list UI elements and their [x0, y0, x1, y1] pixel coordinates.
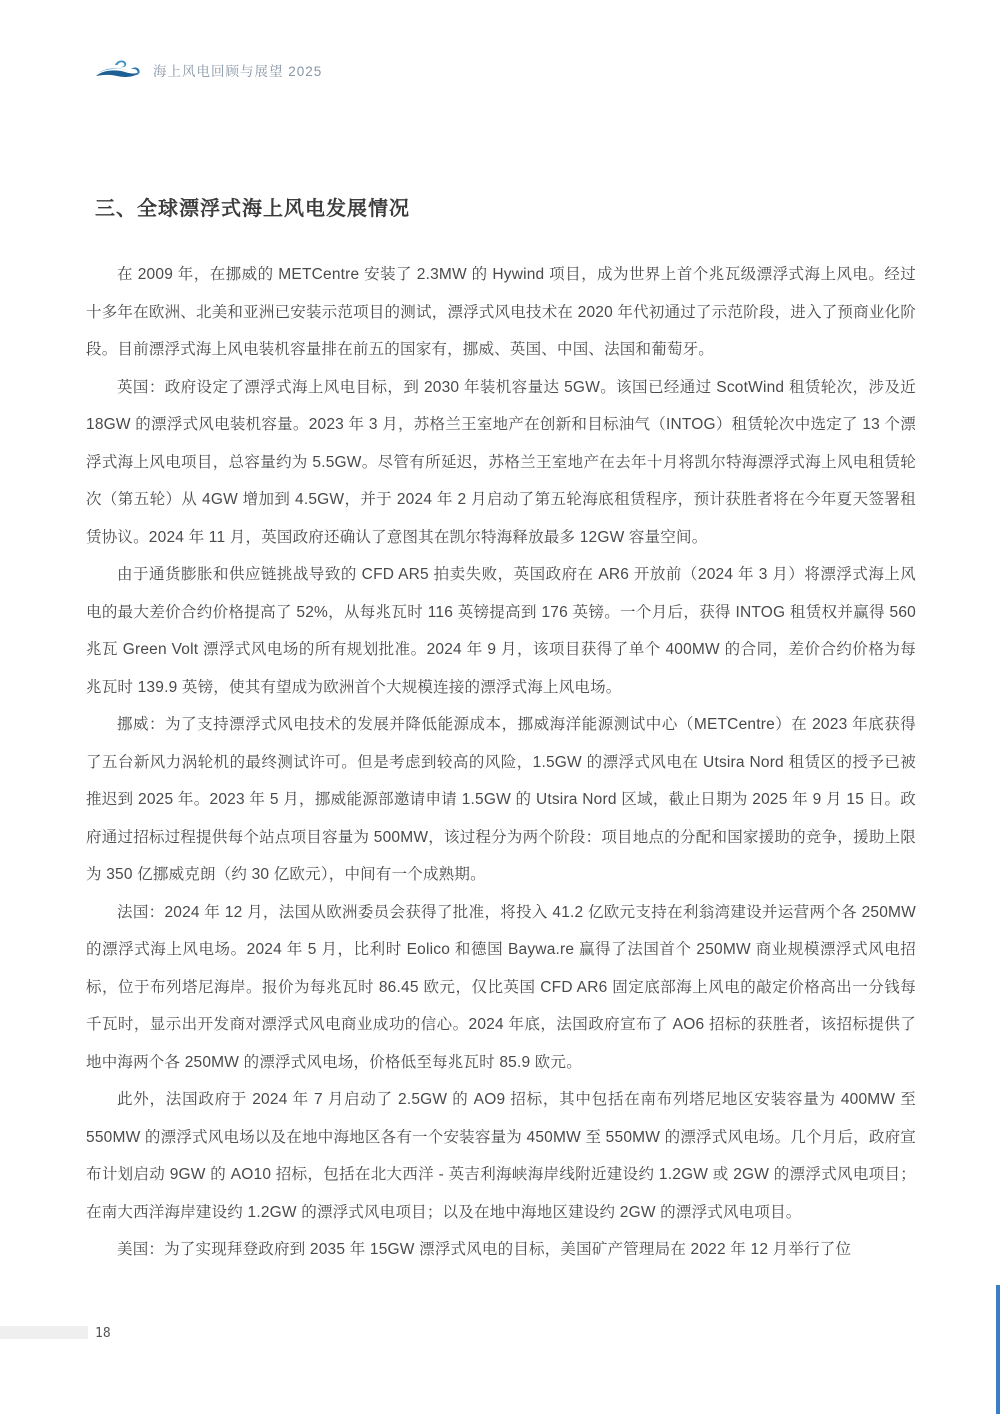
right-edge-accent-bar: [996, 1285, 1000, 1414]
paragraph-usa: 美国：为了实现拜登政府到 2035 年 15GW 漂浮式风电的目标，美国矿产管理…: [86, 1231, 916, 1269]
report-title: 海上风电回顾与展望 2025: [153, 60, 322, 80]
paragraph-intro: 在 2009 年，在挪威的 METCentre 安装了 2.3MW 的 Hywi…: [86, 256, 916, 369]
paragraph-france-tenders: 此外，法国政府于 2024 年 7 月启动了 2.5GW 的 AO9 招标，其中…: [86, 1081, 916, 1231]
page-number: 18: [95, 1326, 111, 1341]
body-content: 在 2009 年，在挪威的 METCentre 安装了 2.3MW 的 Hywi…: [86, 256, 916, 1269]
page-header: 海上风电回顾与展望 2025: [95, 56, 322, 84]
paragraph-uk-cfd: 由于通货膨胀和供应链挑战导致的 CFD AR5 拍卖失败，英国政府在 AR6 开…: [86, 556, 916, 706]
section-title: 三、全球漂浮式海上风电发展情况: [95, 192, 410, 221]
wave-wind-logo-icon: [95, 56, 141, 84]
paragraph-uk: 英国：政府设定了漂浮式海上风电目标，到 2030 年装机容量达 5GW。该国已经…: [86, 369, 916, 557]
document-page: 海上风电回顾与展望 2025 三、全球漂浮式海上风电发展情况 在 2009 年，…: [0, 0, 1000, 1414]
paragraph-france: 法国：2024 年 12 月，法国从欧洲委员会获得了批准，将投入 41.2 亿欧…: [86, 894, 916, 1082]
footer-divider-bar: [0, 1326, 88, 1339]
paragraph-norway: 挪威：为了支持漂浮式风电技术的发展并降低能源成本，挪威海洋能源测试中心（METC…: [86, 706, 916, 894]
